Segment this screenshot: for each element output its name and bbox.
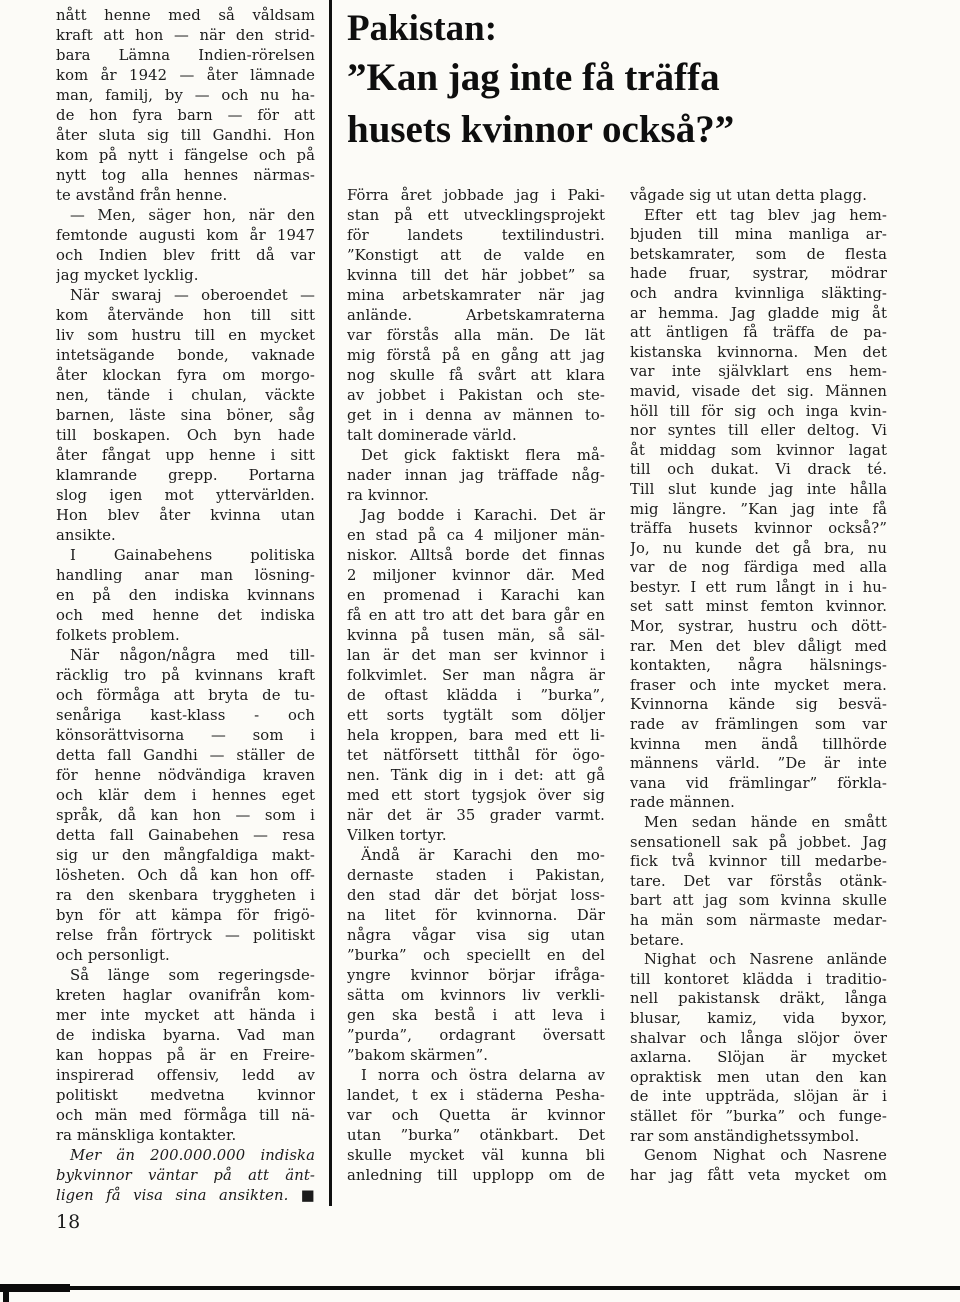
- text-line: ”Konstigt att de valde en: [347, 246, 605, 266]
- text-line: get in i denna av männen to-: [347, 406, 605, 426]
- text-line: nader innan jag träffade någ-: [347, 466, 605, 486]
- text-line: Ändå är Karachi den mo-: [347, 846, 605, 866]
- text-line: Förra året jobbade jag i Paki-: [347, 186, 605, 206]
- text-line: rar. Men det blev dåligt med: [630, 637, 887, 657]
- paragraph: Det gick faktiskt flera må-nader innan j…: [347, 446, 605, 506]
- text-line: att äntligen få träffa de pa-: [630, 323, 887, 343]
- text-line: och andra kvinnliga släkting-: [630, 284, 887, 304]
- text-line: landet, t ex i städerna Pesha-: [347, 1086, 605, 1106]
- text-line: folkets problem.: [56, 626, 315, 646]
- text-line: kom år 1942 — åter lämnade: [56, 66, 315, 86]
- article-column-right: vågade sig ut utan detta plagg.Efter ett…: [630, 186, 887, 1185]
- text-line: Men sedan hände en smått: [630, 813, 887, 833]
- text-line: ett sorts tygtält som döljer: [347, 706, 605, 726]
- paragraph: När någon/några med till-räcklig tro på …: [56, 646, 315, 966]
- text-line: kreten haglar ovanifrån kom-: [56, 986, 315, 1006]
- text-line: bestyr. I ett rum långt in i hu-: [630, 578, 887, 598]
- paragraph: Förra året jobbade jag i Paki-stan på et…: [347, 186, 605, 446]
- text-line: en stad på ca 4 miljoner män-: [347, 526, 605, 546]
- text-line: yngre kvinnor börjar ifråga-: [347, 966, 605, 986]
- text-line: na litet för kvinnorna. Där: [347, 906, 605, 926]
- text-line: rade av främlingen som var: [630, 715, 887, 735]
- paragraph: Mer än 200.000.000 indiskabykvinnor vänt…: [56, 1146, 315, 1206]
- text-line: när det är 35 grader varmt.: [347, 806, 605, 826]
- text-line: var och Quetta är kvinnor: [347, 1106, 605, 1126]
- text-line: handling anar man lösning-: [56, 566, 315, 586]
- text-line: kontakten, några hälsnings-: [630, 656, 887, 676]
- text-line: sätta om kvinnors liv verkli-: [347, 986, 605, 1006]
- text-line: en promenad i Karachi kan: [347, 586, 605, 606]
- paragraph: När swaraj — oberoendet —kom återvände h…: [56, 286, 315, 546]
- text-line: till och dukat. Vi drack té.: [630, 460, 887, 480]
- text-line: språk, då kan hon — som i: [56, 806, 315, 826]
- text-line: sig ur den mångfaldiga makt-: [56, 846, 315, 866]
- text-line: femtonde augusti kom år 1947: [56, 226, 315, 246]
- article-column-middle: Förra året jobbade jag i Paki-stan på et…: [347, 186, 605, 1186]
- text-line: de oftast klädda i ”burka”,: [347, 686, 605, 706]
- text-line: ”burka” och speciellt en del: [347, 946, 605, 966]
- headline-kicker: Pakistan:: [347, 6, 947, 52]
- text-line: till boskapen. Och byn hade: [56, 426, 315, 446]
- text-line: åter sluta sig till Gandhi. Hon: [56, 126, 315, 146]
- text-line: set satt minst femton kvinnor.: [630, 597, 887, 617]
- text-line: man, familj, by — och nu ha-: [56, 86, 315, 106]
- paragraph: I norra och östra delarna avlandet, t ex…: [347, 1066, 605, 1186]
- text-line: männens värld. ”De är inte: [630, 754, 887, 774]
- text-line: stället för ”burka” och funge-: [630, 1107, 887, 1127]
- paragraph: Nighat och Nasrene anländetill kontoret …: [630, 950, 887, 1146]
- text-line: kom återvände hon till sitt: [56, 306, 315, 326]
- text-line: räcklig tro på kvinnans kraft: [56, 666, 315, 686]
- text-line: åter fångat upp henne i sitt: [56, 446, 315, 466]
- text-line: kan hoppas på är en Freire-: [56, 1046, 315, 1066]
- text-line: och personligt.: [56, 946, 315, 966]
- text-line: vågade sig ut utan detta plagg.: [630, 186, 887, 206]
- text-line: nell pakistansk dräkt, långa: [630, 989, 887, 1009]
- text-line: lan är det man ser kvinnor i: [347, 646, 605, 666]
- text-line: lösheten. Och då kan hon off-: [56, 866, 315, 886]
- text-line: kom på nytt i fängelse och på: [56, 146, 315, 166]
- paragraph: Efter ett tag blev jag hem-bjuden till m…: [630, 206, 887, 813]
- text-line: och förmåga att bryta de tu-: [56, 686, 315, 706]
- bottom-box-top-rule: [0, 1286, 960, 1290]
- paragraph: nått henne med så våldsamkraft att hon —…: [56, 6, 315, 206]
- text-line: byn för att kämpa för frigö-: [56, 906, 315, 926]
- text-line: folkvimlet. Ser man några är: [347, 666, 605, 686]
- text-line: och med henne det indiska: [56, 606, 315, 626]
- text-line: Nighat och Nasrene anlände: [630, 950, 887, 970]
- text-line: mig förstå på en gång att jag: [347, 346, 605, 366]
- text-line: ”bakom skärmen”.: [347, 1046, 605, 1066]
- text-line: dernaste staden i Pakistan,: [347, 866, 605, 886]
- text-line: shalvar och långa slöjor över: [630, 1029, 887, 1049]
- text-line: hela kroppen, bara med ett li-: [347, 726, 605, 746]
- paragraph: Så länge som regeringsde-kreten haglar o…: [56, 966, 315, 1146]
- text-line: ligen få visa sina ansikten. ■: [56, 1186, 315, 1206]
- text-line: politiskt medvetna kvinnor: [56, 1086, 315, 1106]
- text-line: detta fall Gainabehen — resa: [56, 826, 315, 846]
- bottom-box-left-rule: [3, 1286, 9, 1302]
- text-line: stan på ett utvecklingsprojekt: [347, 206, 605, 226]
- text-line: ”purda”, ordagrant översatt: [347, 1026, 605, 1046]
- text-line: slog igen mot yttervärlden.: [56, 486, 315, 506]
- text-line: tet nätförsett titthål för ögo-: [347, 746, 605, 766]
- text-line: sensationell sak på jobbet. Jag: [630, 833, 887, 853]
- text-line: bykvinnor väntar på att änt-: [56, 1166, 315, 1186]
- text-line: ra den skenbara tryggheten i: [56, 886, 315, 906]
- text-line: och män med förmåga till nä-: [56, 1106, 315, 1126]
- text-line: rade männen.: [630, 793, 887, 813]
- text-line: 2 miljoner kvinnor där. Med: [347, 566, 605, 586]
- text-line: Så länge som regeringsde-: [56, 966, 315, 986]
- text-line: för henne nödvändiga kraven: [56, 766, 315, 786]
- paragraph: vågade sig ut utan detta plagg.: [630, 186, 887, 206]
- text-line: hade fruar, systrar, mödrar: [630, 264, 887, 284]
- text-line: Till slut kunde jag inte hålla: [630, 480, 887, 500]
- text-line: nog skulle få svårt att klara: [347, 366, 605, 386]
- text-line: ar hemma. Jag gladde mig åt: [630, 304, 887, 324]
- paragraph: Ändå är Karachi den mo-dernaste staden i…: [347, 846, 605, 1066]
- paragraph: I Gainabehens politiskahandling anar man…: [56, 546, 315, 646]
- text-line: vana vid främlingar” förkla-: [630, 774, 887, 794]
- text-line: utan ”burka” otänkbart. Det: [347, 1126, 605, 1146]
- text-line: få en att tro att det bara går en: [347, 606, 605, 626]
- text-line: var de nog färdiga med alla: [630, 558, 887, 578]
- text-line: Efter ett tag blev jag hem-: [630, 206, 887, 226]
- text-line: niskor. Alltså borde det finnas: [347, 546, 605, 566]
- headline-line-1: ”Kan jag inte få träffa: [347, 52, 947, 104]
- paragraph: Jag bodde i Karachi. Det ären stad på ca…: [347, 506, 605, 846]
- text-line: könsorättvisorna — som i: [56, 726, 315, 746]
- text-line: liv som hustru till en mycket: [56, 326, 315, 346]
- text-line: När någon/några med till-: [56, 646, 315, 666]
- text-line: te avstånd från henne.: [56, 186, 315, 206]
- text-line: nen, tände i chulan, väckte: [56, 386, 315, 406]
- text-line: nen. Tänk dig in i det: att gå: [347, 766, 605, 786]
- text-line: var inte självklart ens hem-: [630, 362, 887, 382]
- text-line: av jobbet i Pakistan och ste-: [347, 386, 605, 406]
- text-line: Mor, systrar, hustru och dött-: [630, 617, 887, 637]
- paragraph: — Men, säger hon, när denfemtonde august…: [56, 206, 315, 286]
- text-line: anlände. Arbetskamraterna: [347, 306, 605, 326]
- column-divider-rule: [329, 0, 332, 1206]
- text-line: jag mycket lycklig.: [56, 266, 315, 286]
- text-line: ra mänskliga kontakter.: [56, 1126, 315, 1146]
- text-line: har jag fått veta mycket om: [630, 1166, 887, 1186]
- text-line: Jag bodde i Karachi. Det är: [347, 506, 605, 526]
- text-line: bart att jag som kvinna skulle: [630, 891, 887, 911]
- text-line: de inte uppträda, slöjan är i: [630, 1087, 887, 1107]
- text-line: ra kvinnor.: [347, 486, 605, 506]
- text-line: mer inte mycket att hända i: [56, 1006, 315, 1026]
- text-line: ansikte.: [56, 526, 315, 546]
- text-line: fick två kvinnor till medarbe-: [630, 852, 887, 872]
- article-headline: Pakistan: ”Kan jag inte få träffa husets…: [347, 6, 947, 156]
- text-line: blusar, kamiz, vida byxor,: [630, 1009, 887, 1029]
- text-line: talt dominerade värld.: [347, 426, 605, 446]
- text-line: Vilken tortyr.: [347, 826, 605, 846]
- text-line: kistanska kvinnorna. Men det: [630, 343, 887, 363]
- text-line: och klär dem i hennes eget: [56, 786, 315, 806]
- text-line: I Gainabehens politiska: [56, 546, 315, 566]
- text-line: kvinna på tusen män, så säl-: [347, 626, 605, 646]
- article-column-left: nått henne med så våldsamkraft att hon —…: [56, 6, 315, 1206]
- text-line: betare.: [630, 931, 887, 951]
- text-line: Genom Nighat och Nasrene: [630, 1146, 887, 1166]
- text-line: senåriga kast-klass - och: [56, 706, 315, 726]
- text-line: kvinna till det här jobbet” sa: [347, 266, 605, 286]
- text-line: de hon fyra barn — för att: [56, 106, 315, 126]
- text-line: — Men, säger hon, när den: [56, 206, 315, 226]
- text-line: Mer än 200.000.000 indiska: [56, 1146, 315, 1166]
- text-line: träffa husets kvinnor också?”: [630, 519, 887, 539]
- text-line: med ett stort tygsjok över sig: [347, 786, 605, 806]
- text-line: tare. Det var förstås otänk-: [630, 872, 887, 892]
- text-line: Kvinnorna kände sig besvä-: [630, 695, 887, 715]
- text-line: kvinna men ändå tillhörde: [630, 735, 887, 755]
- text-line: till kontoret klädda i traditio-: [630, 970, 887, 990]
- text-line: åter klockan fyra om morgo-: [56, 366, 315, 386]
- text-line: bara Lämna Indien-rörelsen: [56, 46, 315, 66]
- text-line: Hon blev åter kvinna utan: [56, 506, 315, 526]
- text-line: nytt tog alla hennes närmas-: [56, 166, 315, 186]
- text-line: rar som anständighetssymbol.: [630, 1127, 887, 1147]
- paragraph: Men sedan hände en småttsensationell sak…: [630, 813, 887, 950]
- text-line: I norra och östra delarna av: [347, 1066, 605, 1086]
- text-line: betskamrater, som de flesta: [630, 245, 887, 265]
- text-line: mig längre. ”Kan jag inte få: [630, 500, 887, 520]
- text-line: Jo, nu kunde det gå bra, nu: [630, 539, 887, 559]
- text-line: de indiska byarna. Vad man: [56, 1026, 315, 1046]
- text-line: axlarna. Slöjan är mycket: [630, 1048, 887, 1068]
- text-line: relse från förtryck — politiskt: [56, 926, 315, 946]
- text-line: en på den indiska kvinnans: [56, 586, 315, 606]
- text-line: anledning till upplopp om de: [347, 1166, 605, 1186]
- text-line: När swaraj — oberoendet —: [56, 286, 315, 306]
- paragraph: Genom Nighat och Nasrenehar jag fått vet…: [630, 1146, 887, 1185]
- text-line: var förstås alla män. De lät: [347, 326, 605, 346]
- text-line: skulle mycket väl kunna bli: [347, 1146, 605, 1166]
- text-line: några vågar visa sig utan: [347, 926, 605, 946]
- text-line: höll till för sig och inga kvin-: [630, 402, 887, 422]
- text-line: intetsägande bonde, vaknade: [56, 346, 315, 366]
- text-line: bjuden till mina manliga ar-: [630, 225, 887, 245]
- text-line: nått henne med så våldsam: [56, 6, 315, 26]
- text-line: kraft att hon — när den strid-: [56, 26, 315, 46]
- text-line: inspirerad offensiv, ledd av: [56, 1066, 315, 1086]
- text-line: och Indien blev fritt då var: [56, 246, 315, 266]
- page-number: 18: [56, 1210, 80, 1234]
- text-line: för landets textilindustri.: [347, 226, 605, 246]
- text-line: mina arbetskamrater när jag: [347, 286, 605, 306]
- text-line: Det gick faktiskt flera må-: [347, 446, 605, 466]
- text-line: gen ska bestå i att leva i: [347, 1006, 605, 1026]
- text-line: klamrande grepp. Portarna: [56, 466, 315, 486]
- text-line: ha män som närmaste medar-: [630, 911, 887, 931]
- text-line: den stad där det börjat loss-: [347, 886, 605, 906]
- text-line: fraser och inte mycket mera.: [630, 676, 887, 696]
- text-line: mavid, visade det sig. Männen: [630, 382, 887, 402]
- text-line: barnen, läste sina böner, såg: [56, 406, 315, 426]
- text-line: opraktisk men utan den kan: [630, 1068, 887, 1088]
- headline-line-2: husets kvinnor också?”: [347, 104, 947, 156]
- text-line: åt middag som kvinnor lagat: [630, 441, 887, 461]
- text-line: detta fall Gandhi — ställer de: [56, 746, 315, 766]
- text-line: nor syntes till eller deltog. Vi: [630, 421, 887, 441]
